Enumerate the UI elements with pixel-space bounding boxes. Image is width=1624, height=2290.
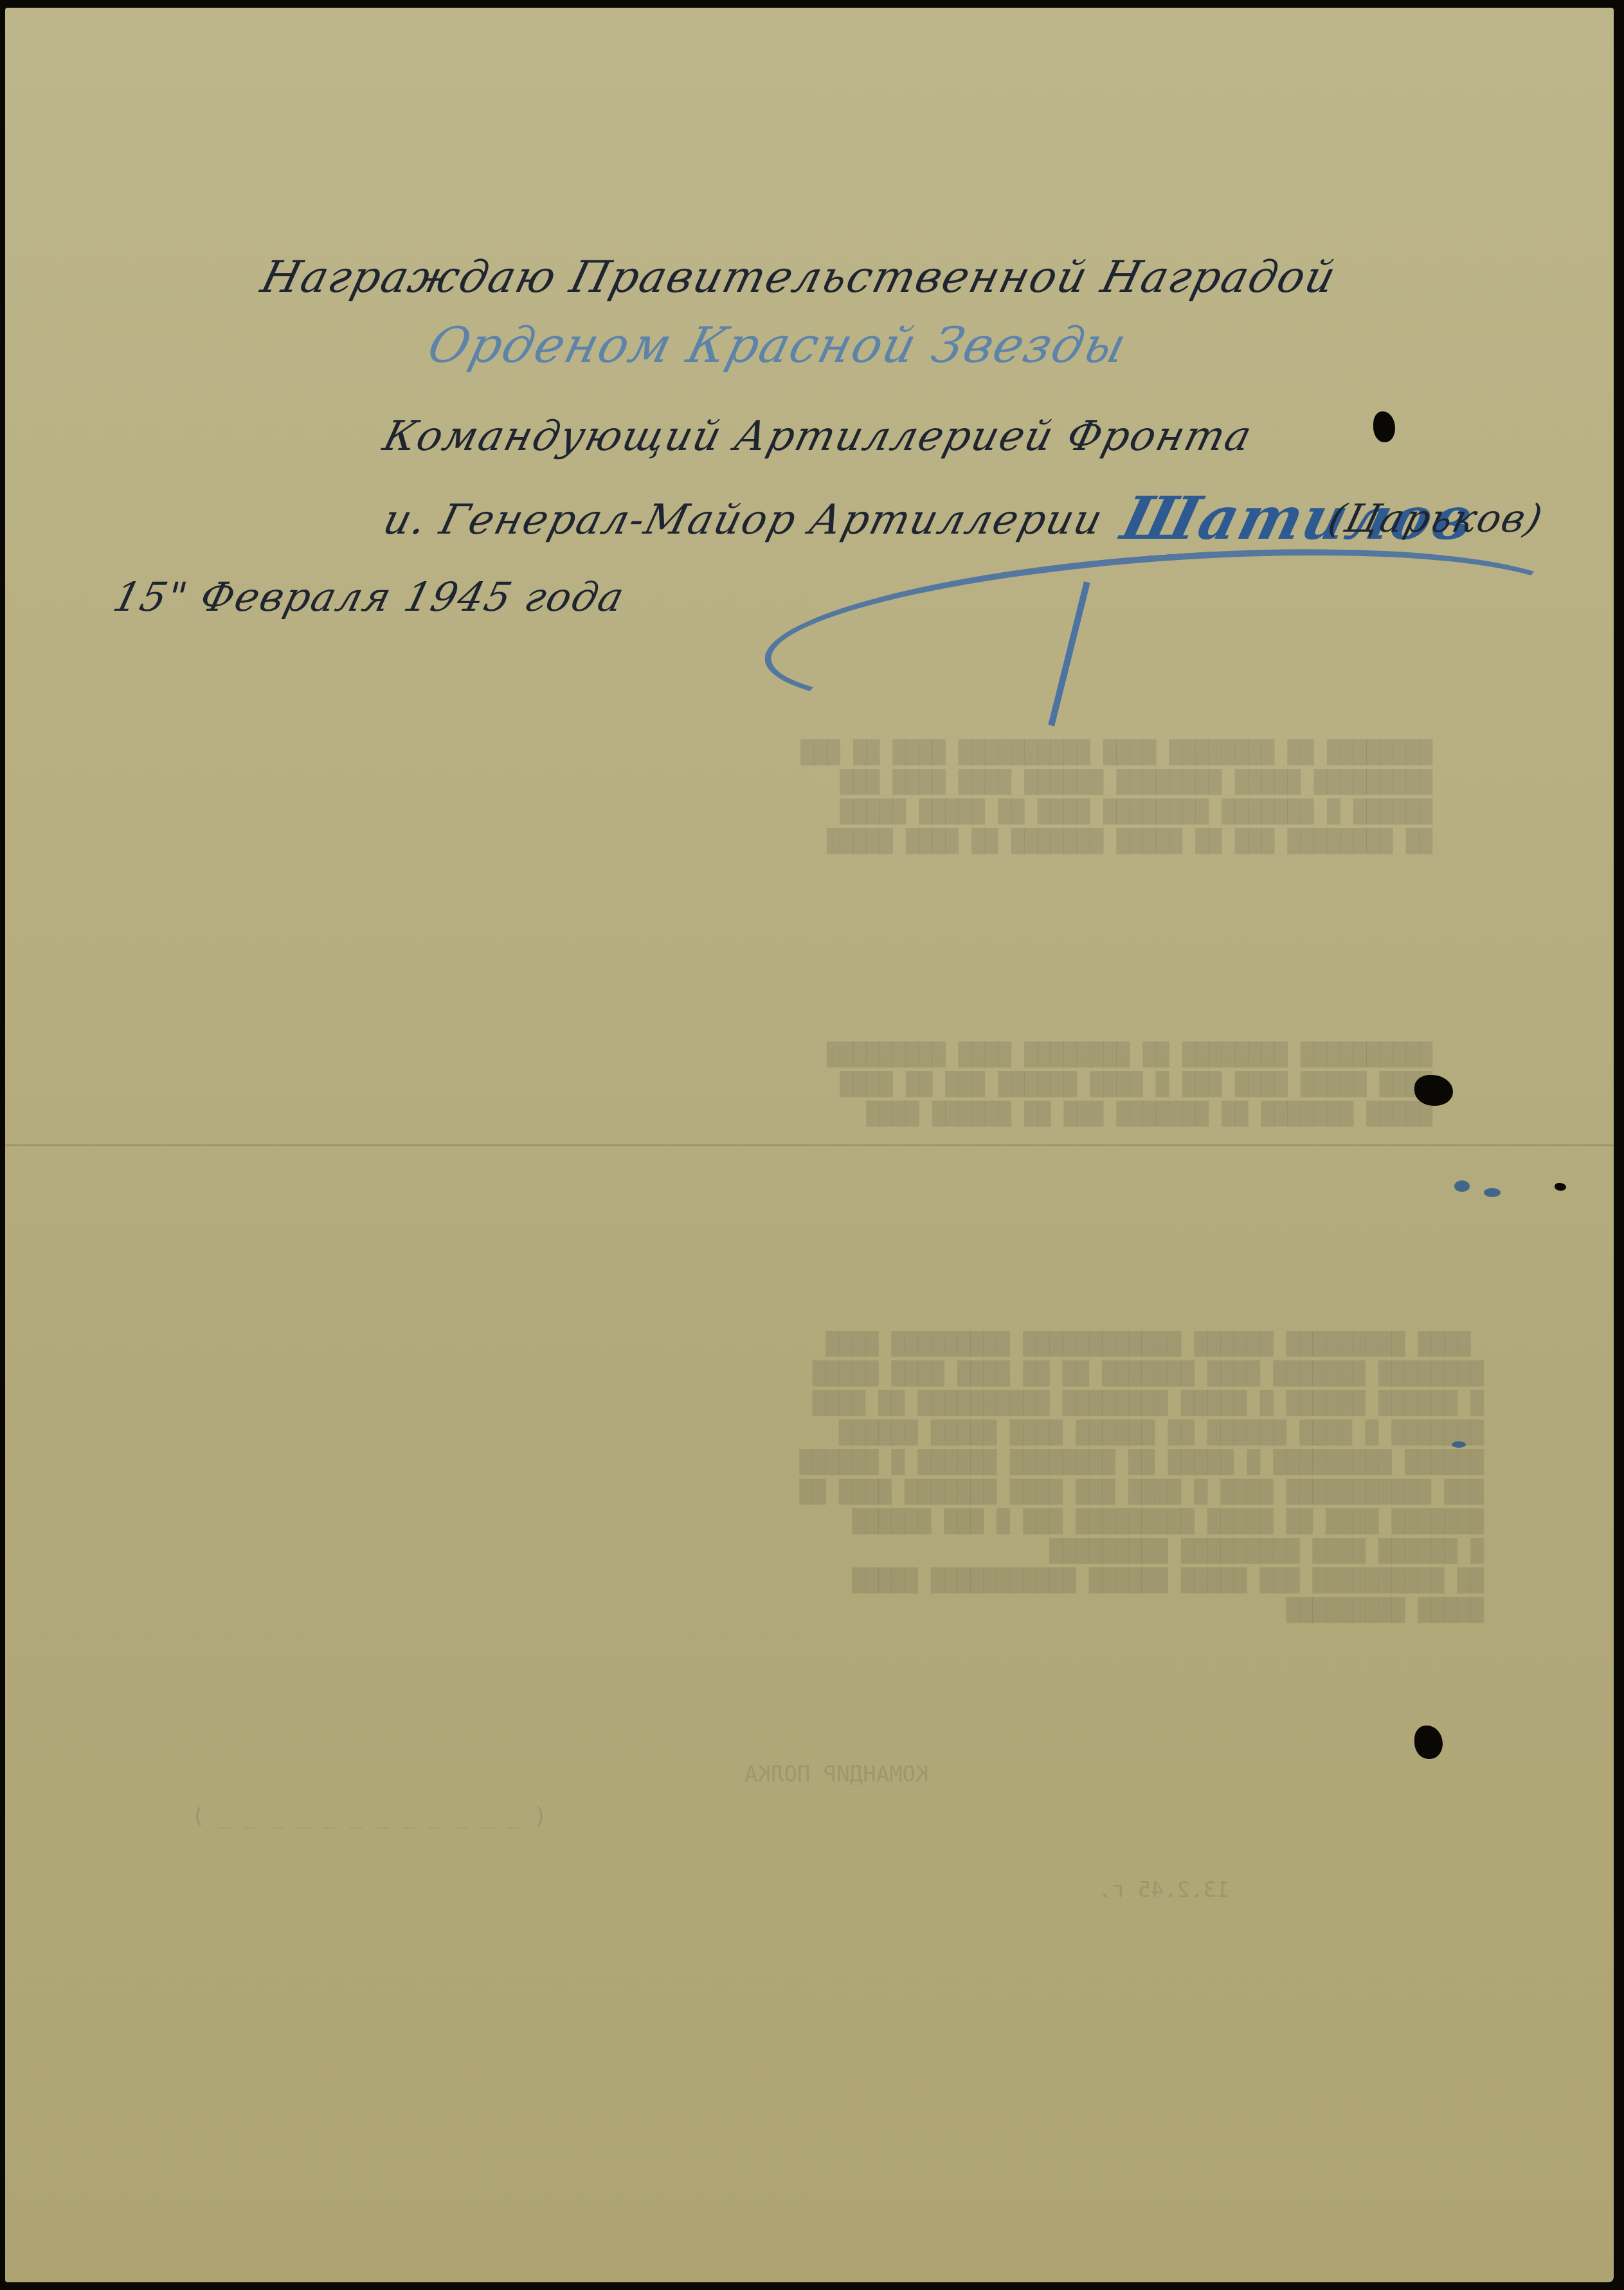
bleed-through-footer-title: КОМАНДИР ПОЛКА (744, 1760, 929, 1789)
paper-hole (1555, 1183, 1566, 1191)
ink-spot (1454, 1180, 1470, 1192)
paper-hole (1373, 411, 1395, 442)
signature-flourish (759, 526, 1585, 737)
bleed-through-footer-name: ( _ _ _ _ _ _ _ _ _ _ _ _ ) (192, 1801, 547, 1831)
document-page: ████████ ██ ████████ ████ ██████████ ███… (5, 8, 1614, 2282)
rank-line: и. Генерал-Майор Артиллерии (379, 496, 1108, 544)
award-name-line: Орденом Красной Звезды (422, 316, 1133, 374)
position-line: Командующий Артиллерией Фронта (379, 413, 1258, 460)
resolution-date: 15" Февраля 1945 года (109, 573, 630, 620)
bleed-through-text-middle: ██████████ ████████ ██ ████████ ████ ███… (211, 1011, 1432, 1159)
bleed-through-footer-date: 13.2.45 г. (1098, 1875, 1230, 1905)
bleed-through-text-lower: ████ █████████ ██████ ████████████ █████… (134, 1300, 1484, 1655)
paper-hole (1414, 1726, 1443, 1759)
signature-name: (Царьков) (1324, 496, 1547, 541)
paper-hole (1414, 1075, 1453, 1106)
bleed-through-text-upper: ████████ ██ ████████ ████ ██████████ ███… (211, 708, 1432, 886)
ink-spot (1452, 1441, 1466, 1448)
resolution-line-1: Награждаю Правительственной Наградой (256, 252, 1342, 303)
ink-spot (1484, 1188, 1501, 1197)
